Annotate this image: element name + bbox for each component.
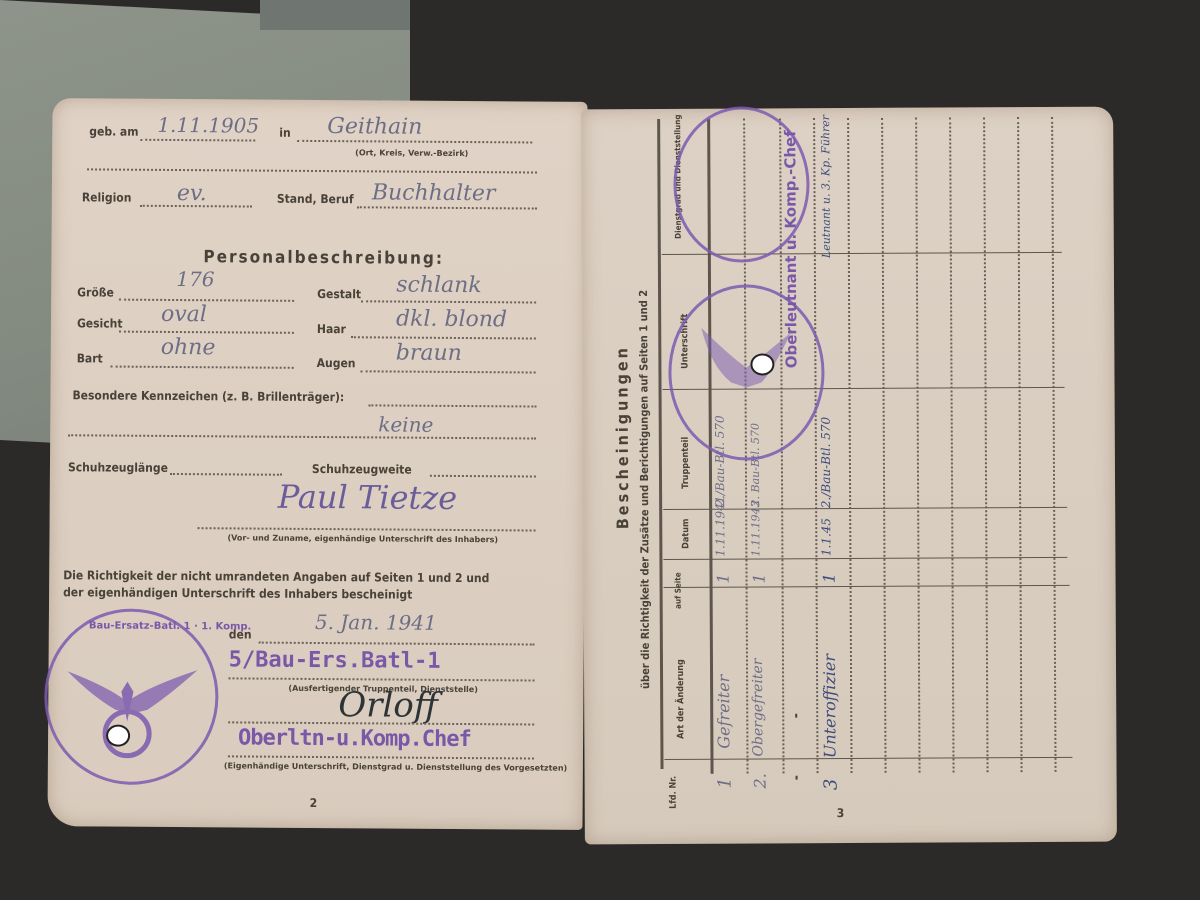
col-header-datum: Datum [681, 519, 691, 549]
officer-stamp: Oberleutnant u. Komp.-Chef [781, 130, 800, 368]
section-heading: Personalbeschreibung: [203, 247, 444, 269]
holder-signature-hint: (Vor- und Zuname, eigenhändige Unterschr… [227, 533, 498, 544]
seal-middle [668, 284, 825, 461]
row-divider-seite [664, 585, 1070, 588]
marks-label: Besondere Kennzeichen (z. B. Brillenträg… [72, 388, 344, 404]
col-line [983, 117, 988, 772]
birth-date-value: 1.11.1905 [157, 113, 259, 138]
place-value: Geithain [327, 114, 422, 140]
punch-hole [750, 353, 774, 375]
face-line [119, 331, 294, 334]
issue-date: 5. Jan. 1941 [315, 610, 437, 635]
row-art: Unteroffizier [820, 654, 840, 758]
row-nr: 3 [821, 779, 842, 791]
unit-line [228, 677, 534, 681]
col-line [881, 118, 886, 773]
row-datum: 1.11.1943 [749, 500, 762, 556]
col-header-seite: auf Seite [674, 572, 683, 609]
officer-signature: Orloff [338, 685, 438, 726]
place-line [297, 140, 532, 144]
shoe-length-line [170, 473, 282, 476]
face-label: Gesicht [77, 316, 123, 330]
eyes-value: braun [396, 341, 462, 366]
eagle-icon [47, 611, 216, 782]
date-line [259, 642, 535, 646]
col-line [847, 118, 852, 773]
row-seite: 1 [750, 573, 769, 583]
eyes-label: Augen [317, 356, 356, 370]
punch-hole [106, 725, 130, 747]
hair-value: dkl. blond [396, 307, 507, 333]
face-value: oval [161, 302, 207, 327]
page-number-right: 3 [837, 806, 845, 820]
row-datum: 1.1.45 [819, 518, 833, 556]
rank-stamp: Oberltn-u.Komp.Chef [238, 725, 471, 752]
col-header-nr: Lfd. Nr. [669, 776, 679, 809]
col-line [949, 117, 954, 772]
row-seite: 1 [820, 573, 839, 583]
right-page: Bescheinigungen über die Richtigkeit der… [581, 107, 1117, 845]
place-label: in [279, 126, 290, 140]
row-art: Gefreiter [714, 675, 733, 749]
col-line [1051, 117, 1056, 772]
rank-line [228, 755, 534, 759]
row-divider-art [664, 757, 1072, 760]
build-value: schlank [396, 273, 482, 299]
col-line [1017, 117, 1022, 772]
table-row: - - [581, 107, 1113, 110]
left-page: geb. am 1.11.1905 in Geithain (Ort, Krei… [47, 98, 587, 830]
unit-stamp: 5/Bau-Ers.Batl-1 [229, 647, 441, 673]
shoe-length-label: Schuhzeuglänge [68, 460, 168, 475]
row-seite: 1 [714, 573, 733, 583]
beard-label: Bart [77, 351, 103, 365]
religion-label: Religion [82, 190, 132, 204]
occupation-value: Buchhalter [372, 180, 496, 206]
occupation-label: Stand, Beruf [277, 192, 354, 207]
certification-text-1: Die Richtigkeit der nicht umrandeten Ang… [63, 568, 489, 585]
certification-text-2: der eigenhändigen Unterschrift des Inhab… [63, 585, 412, 601]
occupation-line [357, 206, 537, 209]
certificates-subtitle: über die Richtigkeit der Zusätze und Ber… [637, 290, 652, 689]
table-row: 3 Unteroffizier 1 1.1.45 2./Bau-Btl. 570… [581, 107, 1113, 110]
marks-line [368, 404, 536, 407]
build-label: Gestalt [317, 287, 361, 301]
birth-line [140, 139, 255, 142]
table-row: 2. Obergefreiter 1 1.11.1943 2. Bau-Btl.… [581, 107, 1113, 110]
religion-value: ev. [177, 181, 207, 206]
row-nr: - [789, 775, 805, 780]
seal-text: Bau-Ersatz-Batl. 1 · 1. Komp. [89, 620, 252, 632]
holder-signature-line [198, 527, 536, 531]
holder-signature: Paul Tietze [278, 478, 458, 517]
hair-line [351, 336, 536, 339]
build-line [361, 300, 536, 303]
row-divider-datum [663, 557, 1067, 560]
table-row: 1 Gefreiter 1 1.11.1941 2./Bau-Btl. 570 [581, 107, 1113, 110]
height-value: 176 [176, 267, 214, 291]
place-hint: (Ort, Kreis, Verw.-Bezirk) [355, 148, 468, 158]
row-art: - [788, 713, 804, 718]
height-label: Größe [77, 285, 114, 299]
hair-label: Haar [317, 322, 346, 336]
row-nr: 2. [751, 773, 770, 788]
marks-value: keine [378, 412, 433, 436]
table-border-left [657, 119, 663, 769]
row-art: Obergefreiter [750, 659, 767, 757]
shoe-width-line [430, 475, 536, 478]
row-nr: 1 [715, 777, 736, 789]
blank-line [87, 168, 537, 173]
col-header-art: Art der Änderung [676, 659, 686, 739]
row-dienstgrad: Leutnant u. 3. Kp. Führer [819, 115, 833, 258]
birth-label: geb. am [89, 124, 138, 138]
eyes-line [361, 370, 536, 373]
beard-value: ohne [161, 335, 216, 360]
cover-edge [260, 0, 410, 30]
marks-line-2 [68, 434, 536, 439]
col-line [915, 118, 920, 773]
rank-hint: (Eigenhändige Unterschrift, Dienstgrad u… [224, 761, 567, 772]
page-number-left: 2 [310, 796, 318, 810]
shoe-width-label: Schuhzeugweite [312, 462, 412, 477]
certificates-title: Bescheinigungen [612, 345, 632, 529]
beard-line [111, 366, 294, 369]
official-seal [44, 608, 219, 785]
